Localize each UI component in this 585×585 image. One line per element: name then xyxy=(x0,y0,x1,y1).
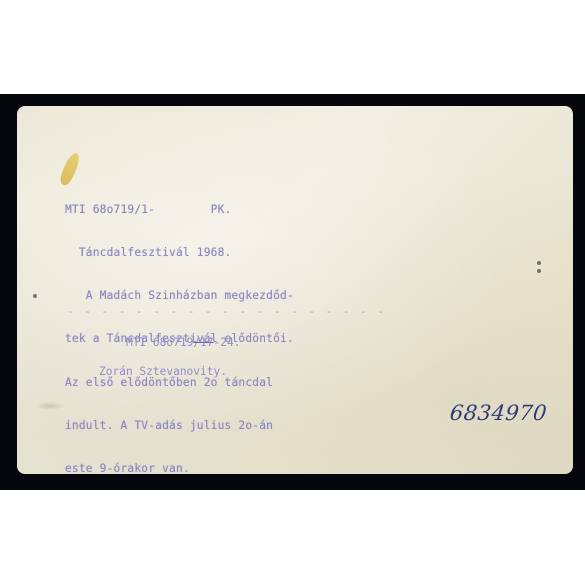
ref-suffix: -24. xyxy=(214,336,241,349)
ink-smudge xyxy=(35,402,65,410)
caption-line: indult. A TV-adás julius 2o-án xyxy=(65,419,294,433)
caption-line: este 9-órakor van. xyxy=(65,462,294,474)
caption-line: Táncdalfesztivál 1968. xyxy=(65,246,294,260)
handwritten-inventory-number: 6834970 xyxy=(449,401,549,425)
photo-back-card: MTI 68o719/1- PK. Táncdalfesztivál 1968.… xyxy=(17,106,573,474)
subject-name: Zorán Sztevanovity. xyxy=(99,365,240,379)
reference-number: MTI 68o719/17-24. xyxy=(126,336,241,349)
pin-hole-dot xyxy=(537,261,541,265)
caption-line: MTI 68o719/1- PK. xyxy=(65,203,294,217)
ref-prefix: MTI 68o719 xyxy=(126,336,193,349)
pin-hole-dot xyxy=(537,269,541,273)
pin-hole-dot xyxy=(33,294,37,298)
caption-line: A Madách Szinházban megkezdőd- xyxy=(65,289,294,303)
second-caption: MTI 68o719/17-24. Zorán Sztevanovity. xyxy=(99,322,240,408)
separator-line: - - - - - - - - - - - - - - - - - - - xyxy=(67,305,386,318)
ref-struck: /17 xyxy=(193,336,213,349)
